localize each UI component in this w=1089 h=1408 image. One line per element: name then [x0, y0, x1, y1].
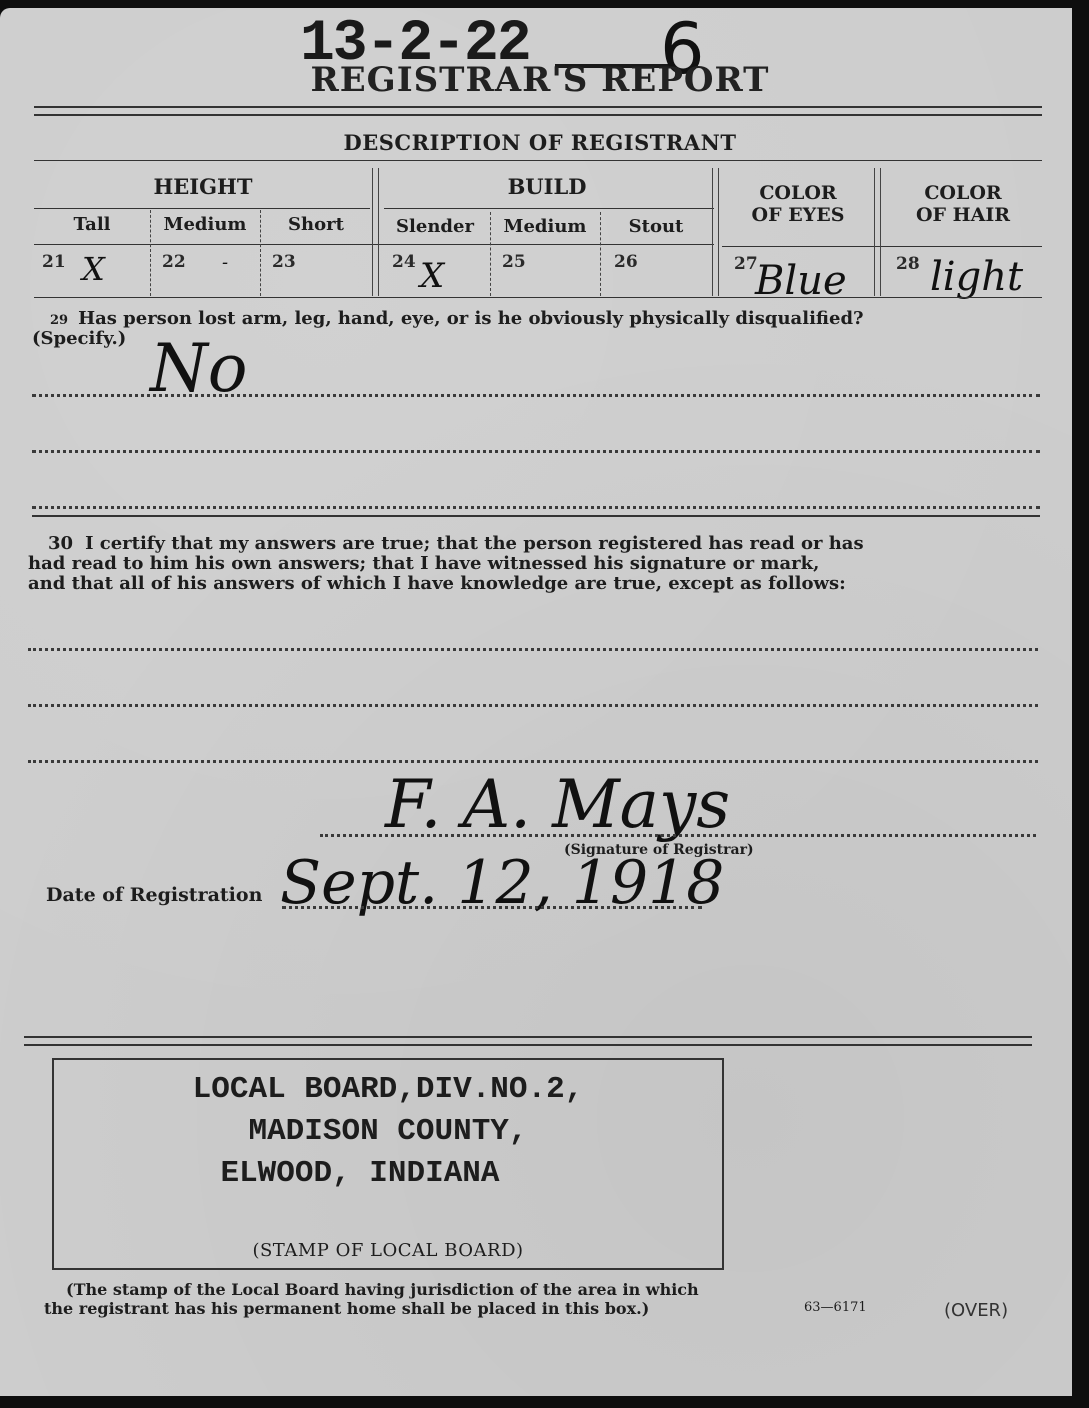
question-30-line1: 30I certify that my answers are true; th…: [28, 534, 1048, 554]
answer-line-2: [32, 450, 1040, 453]
hair-header-line1: COLOR: [884, 182, 1042, 204]
date-label: Date of Registration: [46, 884, 262, 906]
divider-medium-short: [260, 210, 261, 296]
question-30: 30I certify that my answers are true; th…: [28, 534, 1048, 594]
eyes-header: COLOR OF EYES: [722, 182, 874, 226]
question-29-number: 29: [50, 313, 68, 328]
build-medium-label: Medium: [490, 216, 600, 237]
divider-eyes-hair-2: [880, 168, 881, 296]
form-number: 63—6171: [804, 1300, 867, 1315]
section-rule-29-30: [32, 515, 1040, 517]
table-bottom-rule: [34, 297, 1042, 298]
hair-header-line2: OF HAIR: [884, 204, 1042, 226]
stamp-rule-1: [24, 1036, 1032, 1038]
field-24-number: 24: [392, 252, 416, 272]
field-22-value[interactable]: -: [222, 252, 228, 273]
build-stout-label: Stout: [600, 216, 712, 237]
field-25-number: 25: [502, 252, 526, 272]
divider-eyes-hair-1: [874, 168, 875, 296]
divider-height-build-1: [372, 168, 373, 296]
question-30-line3: and that all of his answers of which I h…: [28, 574, 1048, 594]
stamp-line-1: LOCAL BOARD,DIV.NO.2,: [54, 1072, 722, 1107]
field-23-number: 23: [272, 252, 296, 272]
subheader-rule-build: [384, 208, 714, 209]
answer-line-1: [32, 394, 1040, 397]
height-medium-label: Medium: [150, 214, 260, 235]
footer-note-line2: the registrant has his permanent home sh…: [44, 1299, 699, 1318]
divider-build-eyes-2: [718, 168, 719, 296]
eyes-header-line2: OF EYES: [722, 204, 874, 226]
section-title: DESCRIPTION OF REGISTRANT: [300, 130, 780, 155]
divider-height-build-2: [378, 168, 379, 296]
field-21-number: 21: [42, 252, 66, 272]
date-line: [282, 906, 702, 909]
registration-card: 13-2-22 6 REGISTRAR'S REPORT DESCRIPTION…: [0, 8, 1072, 1396]
question-29-text: Has person lost arm, leg, hand, eye, or …: [78, 308, 863, 329]
stamp-line-2: MADISON COUNTY,: [54, 1114, 722, 1149]
build-header: BUILD: [380, 174, 714, 199]
table-top-rule: [34, 160, 1042, 161]
footer-note-line1: (The stamp of the Local Board having jur…: [44, 1280, 699, 1299]
divider-build-eyes-1: [712, 168, 713, 296]
build-slender-label: Slender: [380, 216, 490, 237]
divider-tall-medium: [150, 210, 151, 296]
question-30-number: 30: [48, 533, 73, 554]
hair-header: COLOR OF HAIR: [884, 182, 1042, 226]
divider-medium-stout: [600, 212, 601, 296]
over-label: (OVER): [944, 1300, 1008, 1321]
footer-note: (The stamp of the Local Board having jur…: [44, 1280, 699, 1318]
divider-slender-medium: [490, 212, 491, 296]
field-28-value[interactable]: light: [930, 254, 1023, 300]
values-rule-left: [34, 244, 714, 245]
stamp-rule-2: [24, 1044, 1032, 1046]
height-header: HEIGHT: [34, 174, 372, 199]
height-tall-label: Tall: [34, 214, 150, 235]
subheader-rule-height: [34, 208, 370, 209]
question-29-specify: (Specify.): [32, 328, 126, 349]
stamp-box: LOCAL BOARD,DIV.NO.2, MADISON COUNTY, EL…: [52, 1058, 724, 1270]
exception-line-3: [28, 760, 1038, 763]
field-26-number: 26: [614, 252, 638, 272]
title-rule-1: [34, 106, 1042, 108]
height-short-label: Short: [260, 214, 372, 235]
question-30-line1-text: I certify that my answers are true; that…: [85, 533, 864, 554]
signature-line: [320, 834, 1036, 837]
values-rule-right: [722, 246, 1042, 247]
field-21-value[interactable]: X: [82, 250, 105, 288]
answer-line-3: [32, 506, 1040, 509]
question-29: 29Has person lost arm, leg, hand, eye, o…: [50, 308, 1050, 329]
field-28-number: 28: [896, 254, 920, 274]
report-title: REGISTRAR'S REPORT: [300, 60, 780, 100]
title-rule-2: [34, 114, 1042, 116]
exception-line-1: [28, 648, 1038, 651]
registrar-signature[interactable]: F. A. Mays: [385, 766, 730, 843]
stamp-caption: (STAMP OF LOCAL BOARD): [54, 1240, 722, 1261]
field-22-number: 22: [162, 252, 186, 272]
eyes-header-line1: COLOR: [722, 182, 874, 204]
exception-line-2: [28, 704, 1038, 707]
question-30-line2: had read to him his own answers; that I …: [28, 554, 1048, 574]
field-24-value[interactable]: X: [420, 256, 444, 296]
stamp-line-3: ELWOOD, INDIANA: [26, 1156, 694, 1191]
